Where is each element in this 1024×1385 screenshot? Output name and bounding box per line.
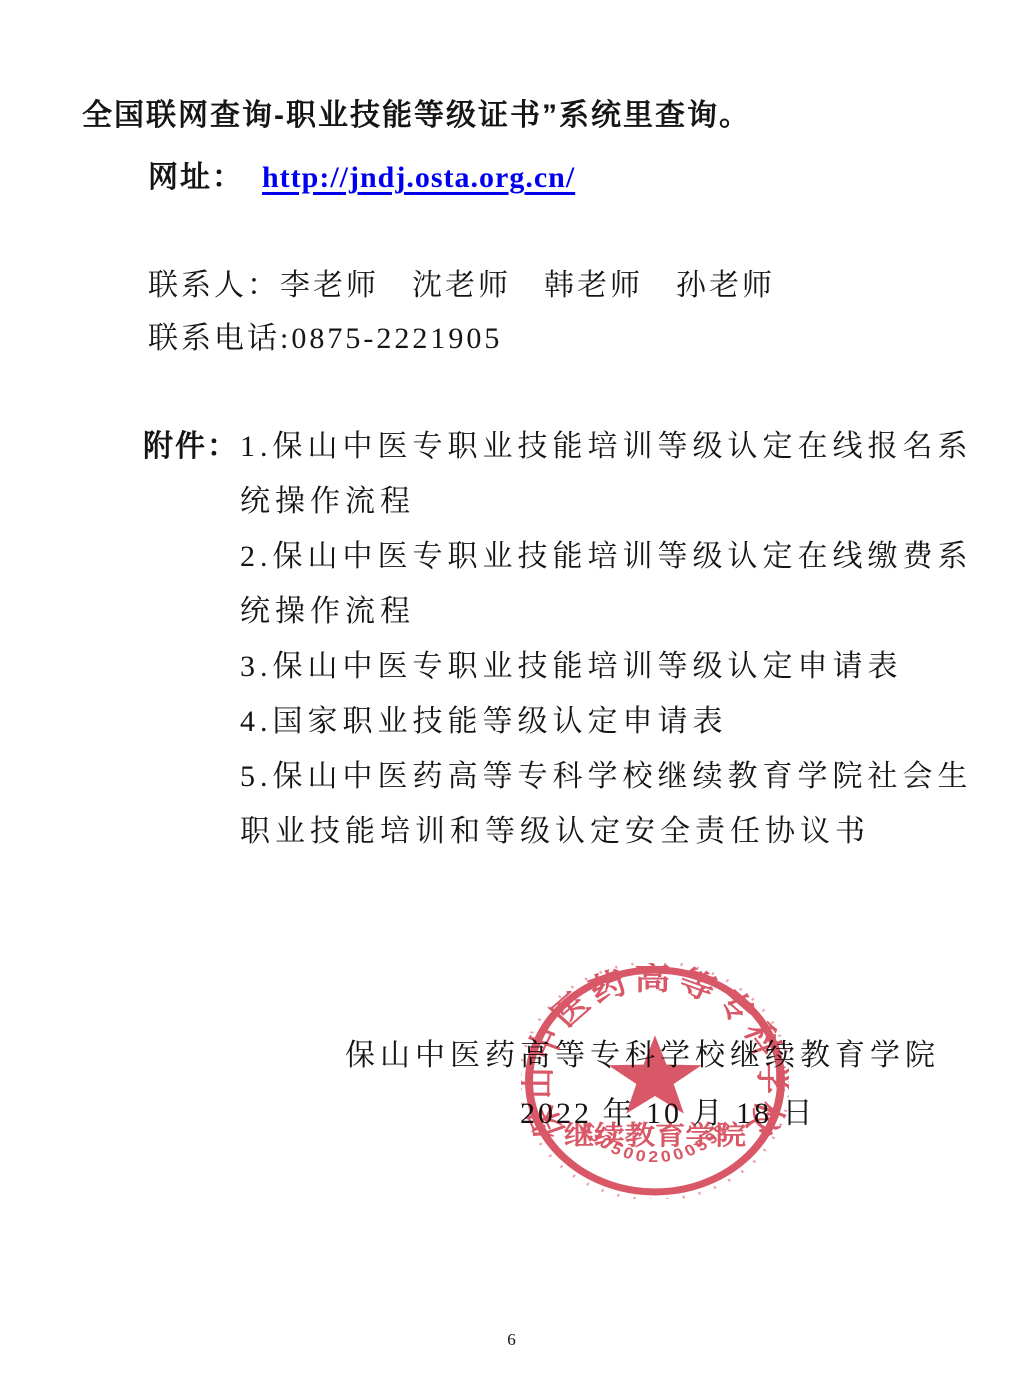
seal-security-ring-icon bbox=[521, 963, 789, 1199]
official-seal: 保山中医药高等专科学校 继续教育学院 5305002000598 bbox=[521, 963, 789, 1199]
contact-phone-line: 联系电话:0875-2221905 bbox=[148, 313, 502, 357]
attachment-line: 2.保山中医专职业技能培训等级认定在线缴费系 bbox=[240, 529, 980, 584]
contact-persons-line: 联系人：李老师 沈老师 韩老师 孙老师 bbox=[148, 260, 775, 304]
attachment-line: 统操作流程 bbox=[240, 584, 980, 639]
document-page: 全国联网查询-职业技能等级证书”系统里查询。 网址：http://jndj.os… bbox=[0, 0, 1024, 1385]
attachments-label: 附件： bbox=[143, 421, 239, 465]
attachment-line: 统操作流程 bbox=[240, 474, 980, 529]
osta-link[interactable]: http://jndj.osta.org.cn/ bbox=[262, 161, 575, 194]
page-number: 6 bbox=[0, 1330, 1024, 1350]
attachment-line: 5.保山中医药高等专科学校继续教育学院社会生 bbox=[240, 749, 980, 804]
website-label: 网址： bbox=[148, 161, 244, 194]
heading-line: 全国联网查询-职业技能等级证书”系统里查询。 bbox=[82, 90, 751, 134]
attachment-line: 4.国家职业技能等级认定申请表 bbox=[240, 694, 980, 749]
signature-date: 2022 年 10 月 18 日 bbox=[520, 1088, 816, 1132]
seal-ring-icon bbox=[529, 970, 781, 1192]
attachment-line: 1.保山中医专职业技能培训等级认定在线报名系 bbox=[240, 419, 980, 474]
website-line: 网址：http://jndj.osta.org.cn/ bbox=[148, 152, 575, 196]
signature-organization: 保山中医药高等专科学校继续教育学院 bbox=[345, 1030, 940, 1074]
attachment-line: 职业技能培训和等级认定安全责任协议书 bbox=[240, 804, 980, 859]
attachments-list: 1.保山中医专职业技能培训等级认定在线报名系 统操作流程 2.保山中医专职业技能… bbox=[240, 419, 980, 859]
attachment-line: 3.保山中医专职业技能培训等级认定申请表 bbox=[240, 639, 980, 694]
